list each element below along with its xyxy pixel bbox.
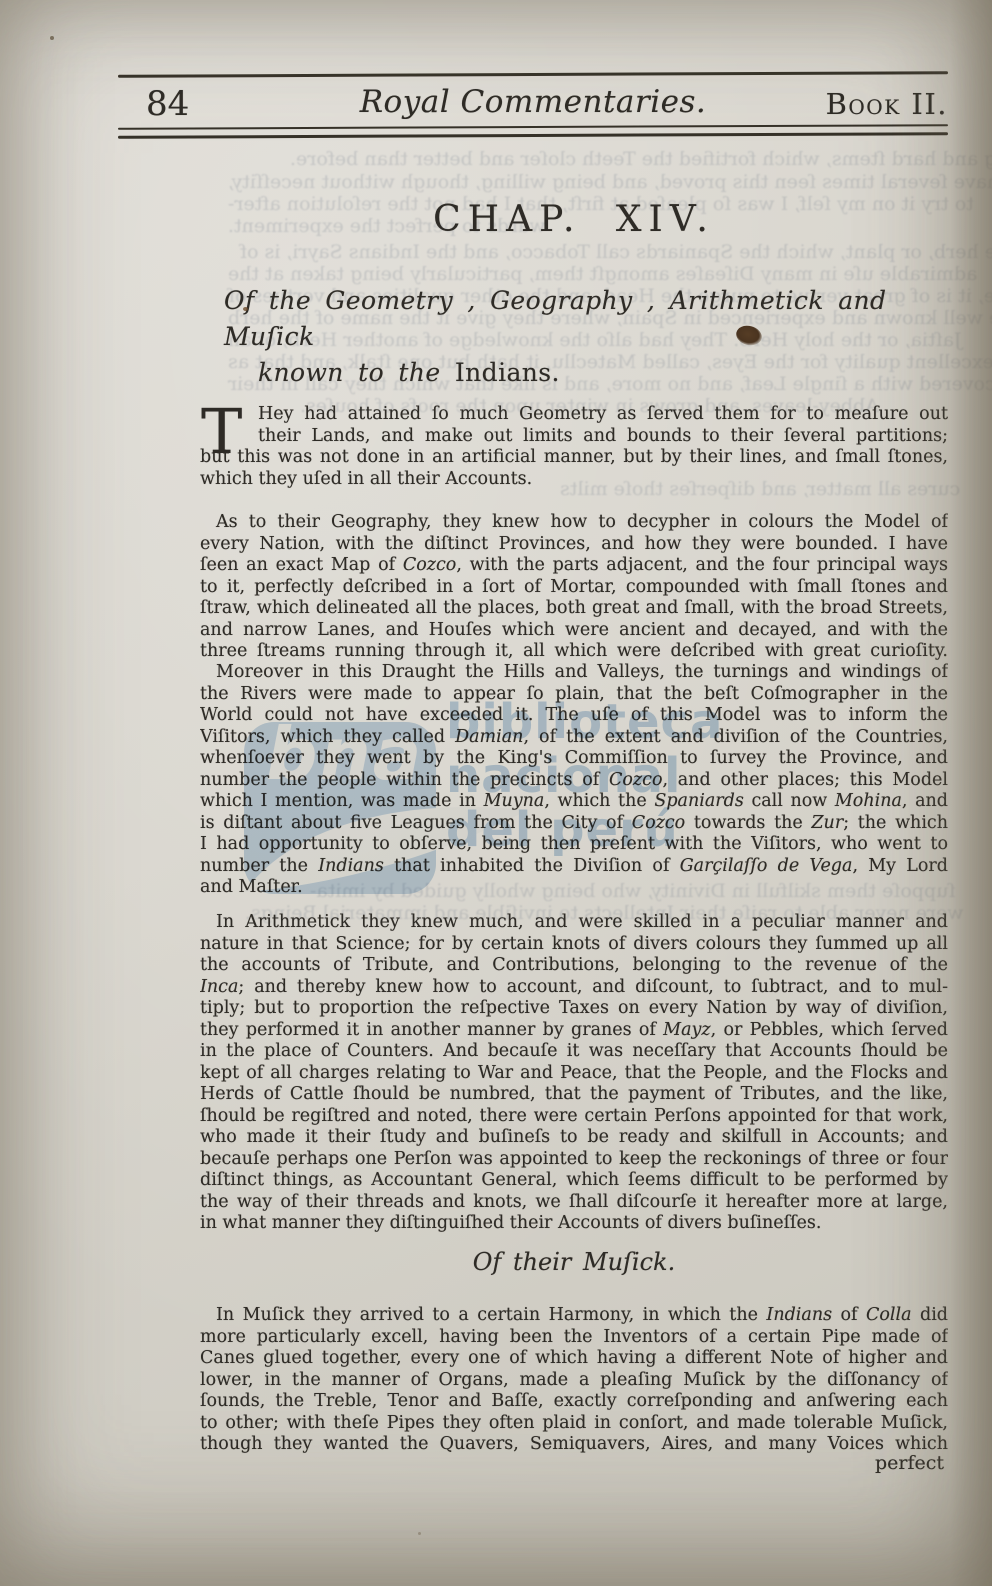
text-line: lower, in the manner of Organs, made a p…: [200, 1370, 948, 1392]
text-line: is diſtant about five Leagues from the C…: [200, 813, 948, 835]
text-line: in the place of Counters. And becauſe it…: [200, 1041, 948, 1063]
text-line: the accounts of Tribute, and Contributio…: [200, 955, 948, 977]
text-line: to it, perfectly deſcribed in a ſort of …: [200, 577, 948, 599]
paragraph-3: Moreover in this Draught the Hills and V…: [200, 662, 948, 899]
text-line: tiply; but to proportion the reſpective …: [200, 998, 948, 1020]
text-line: three ſtreams running through it, all wh…: [200, 641, 948, 663]
text-line: who made it their ſtudy and buſineſs to …: [200, 1127, 948, 1149]
text-line: but this was not done in an artificial m…: [200, 447, 948, 469]
text-line: becauſe perhaps one Perſon was appointed…: [200, 1149, 948, 1171]
text-line: In Arithmetick they knew much, and were …: [200, 912, 948, 934]
text-line: ſeen an exact Map of Cozco, with the par…: [200, 555, 948, 577]
text-line: Viſitors, which they called Damian, of t…: [200, 727, 948, 749]
text-line: the way of their threads and knots, we ſ…: [200, 1192, 948, 1214]
paper-speck: [418, 1532, 421, 1535]
header-rule-top: [118, 71, 948, 78]
text-line: number the people within the precincts o…: [200, 770, 948, 792]
text-line: and Maſter.: [200, 877, 948, 899]
chapter-subtitle: Of the Geometry , Geography , Arithmetic…: [224, 283, 940, 391]
text-line: kept of all charges relating to War and …: [200, 1063, 948, 1085]
text-line: ſtraw, which delineated all the places, …: [200, 598, 948, 620]
text-line: every Nation, with the diſtinct Province…: [200, 534, 948, 556]
paper-speck: [243, 307, 248, 311]
paragraph-4: In Arithmetick they knew much, and were …: [200, 912, 948, 1235]
page-edge-shadow: [950, 0, 992, 1586]
text-line: which I mention, was made in Muyna, whic…: [200, 791, 948, 813]
text-line: I had opportunity to obſerve, being then…: [200, 834, 948, 856]
section-heading: Of their Muſick.: [200, 1248, 948, 1276]
text-line: diſtinct things, as Accountant General, …: [200, 1170, 948, 1192]
text-line: the Rivers were made to appear ſo plain,…: [200, 684, 948, 706]
text-line: Moreover in this Draught the Hills and V…: [200, 662, 948, 684]
paragraph-5: In Muſick they arrived to a certain Harm…: [200, 1305, 948, 1456]
text-line: Herds of Cattle ſhould be numbred, that …: [200, 1084, 948, 1106]
text-line: whenſoever they went by the King's Commi…: [200, 748, 948, 770]
text-line: Hey had attained ſo much Geometry as ſer…: [200, 404, 948, 426]
text-line: they performed it in another manner by g…: [200, 1020, 948, 1042]
header-rule-bottom-1: [118, 124, 948, 130]
paper-speck: [50, 36, 54, 40]
paragraph-1: Hey had attained ſo much Geometry as ſer…: [200, 404, 948, 490]
printed-text-layer: 84 Royal Commentaries. Book II. CHAP. XI…: [0, 0, 992, 1586]
text-line: World could not have exceeded it. The uſ…: [200, 705, 948, 727]
text-line: ſhould be regiſtred and noted, there wer…: [200, 1106, 948, 1128]
text-line: Inca; and thereby knew how to account, a…: [200, 977, 948, 999]
text-line: though they wanted the Quavers, Semiquav…: [200, 1434, 948, 1456]
text-line: nature in that Science; for by certain k…: [200, 934, 948, 956]
text-line: in what manner they diſtinguiſhed their …: [200, 1213, 948, 1235]
text-line: their Lands, and make out limits and bou…: [200, 426, 948, 448]
text-line: and narrow Lanes, and Houſes which were …: [200, 620, 948, 642]
catchword: perfect: [875, 1452, 944, 1474]
header-rule-bottom-2: [118, 132, 948, 138]
chapter-heading: CHAP. XIV.: [200, 199, 948, 240]
book-label: Book II.: [648, 87, 948, 121]
book-page-scan: ſtrong and hard ſtems, which fortified t…: [0, 0, 992, 1586]
text-line: number the Indians that inhabited the Di…: [200, 856, 948, 878]
subtitle-line-1: Of the Geometry , Geography , Arithmetic…: [224, 286, 886, 351]
text-line: which they uſed in all their Accounts.: [200, 469, 948, 491]
text-line: more particularly excell, having been th…: [200, 1327, 948, 1349]
text-line: to other; with theſe Pipes they often pl…: [200, 1413, 948, 1435]
text-line: In Muſick they arrived to a certain Harm…: [200, 1305, 948, 1327]
text-line: ſounds, the Treble, Tenor and Baſſe, exa…: [200, 1391, 948, 1413]
paragraph-2: As to their Geography, they knew how to …: [200, 512, 948, 663]
text-line: As to their Geography, they knew how to …: [200, 512, 948, 534]
subtitle-line-2: known to the Indians.: [224, 355, 940, 391]
text-line: Canes glued together, every one of which…: [200, 1348, 948, 1370]
